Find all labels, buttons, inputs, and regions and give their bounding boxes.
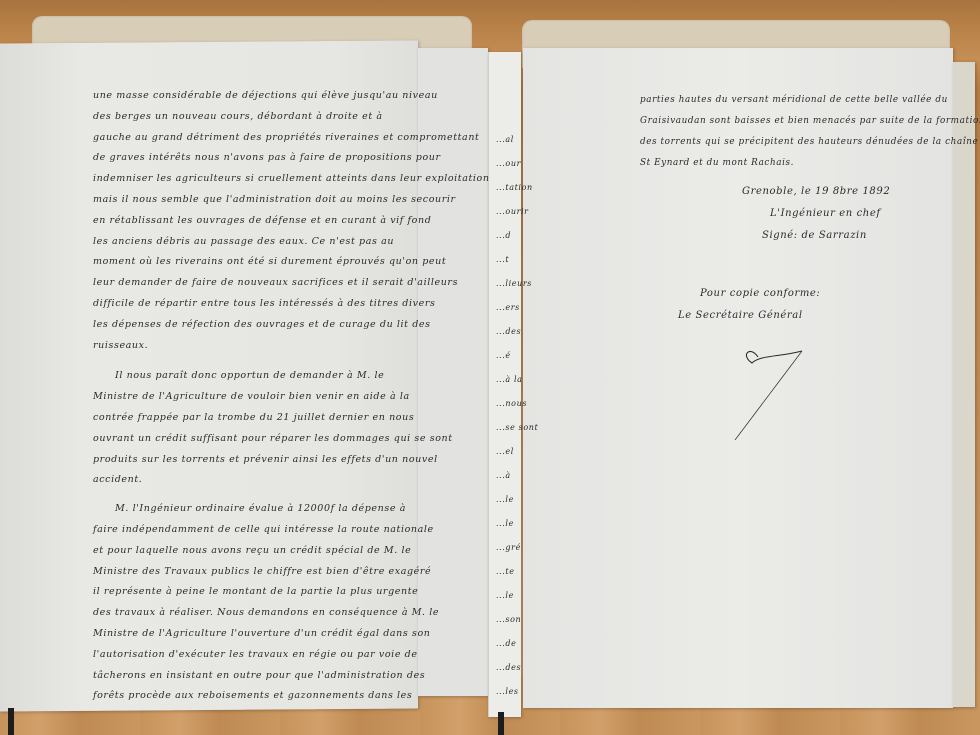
handwritten-line: ...te [496, 567, 515, 576]
handwritten-line: ruisseaux. [93, 340, 148, 351]
handwritten-line: Ministre de l'Agriculture de vouloir bie… [93, 391, 410, 402]
handwritten-line: une masse considérable de déjections qui… [93, 90, 438, 101]
handwritten-line: Il nous paraît donc opportun de demander… [115, 370, 384, 381]
signature-flourish-icon [730, 345, 830, 445]
certification-note: Pour copie conforme: [700, 288, 820, 299]
handwritten-line: contrée frappée par la trombe du 21 juil… [93, 412, 414, 423]
handwritten-line: en rétablissant les ouvrages de défense … [93, 215, 431, 226]
handwritten-line: des torrents qui se précipitent des haut… [640, 137, 980, 147]
handwritten-line: ...d [496, 231, 511, 240]
binding-strap-left [8, 708, 14, 735]
right-page-stack-edge [953, 62, 975, 707]
handwritten-line: des berges un nouveau cours, débordant à… [93, 111, 383, 122]
handwritten-line: leur demander de faire de nouveaux sacri… [93, 277, 458, 288]
handwritten-line: ...t [496, 255, 509, 264]
handwritten-line: indemniser les agriculteurs si cruelleme… [93, 173, 490, 184]
handwritten-line: parties hautes du versant méridional de … [640, 95, 948, 105]
handwritten-line: ...de [496, 639, 516, 648]
handwritten-line: des travaux à réaliser. Nous demandons e… [93, 607, 439, 618]
handwritten-line: produits sur les torrents et prévenir ai… [93, 454, 438, 465]
handwritten-line: ...é [496, 351, 511, 360]
handwritten-line: forêts procède aux reboisements et gazon… [93, 690, 412, 701]
handwritten-line: Graisivaudan sont baisses et bien menacé… [640, 116, 980, 126]
place-date: Grenoble, le 19 8bre 1892 [742, 186, 890, 197]
handwritten-line: ...les [496, 687, 519, 696]
handwritten-line: ...al [496, 135, 514, 144]
handwritten-line: ...ourir [496, 207, 529, 216]
handwritten-line: ...à [496, 471, 511, 480]
handwritten-line: de graves intérêts nous n'avons pas à fa… [93, 152, 441, 163]
handwritten-line: M. l'Ingénieur ordinaire évalue à 12000f… [115, 503, 406, 514]
handwritten-line: ...son [496, 615, 521, 624]
handwritten-line: ...se sont [496, 423, 538, 432]
handwritten-line: gauche au grand détriment des propriétés… [93, 132, 479, 143]
middle-page-blank [418, 48, 488, 696]
handwritten-line: ...des [496, 663, 521, 672]
handwritten-line: difficile de répartir entre tous les int… [93, 298, 435, 309]
handwritten-line: ...el [496, 447, 514, 456]
handwritten-line: ...gré [496, 543, 521, 552]
handwritten-line: il représente à peine le montant de la p… [93, 586, 418, 597]
handwritten-line: ouvrant un crédit suffisant pour réparer… [93, 433, 453, 444]
handwritten-line: Ministre de l'Agriculture l'ouverture d'… [93, 628, 431, 639]
handwritten-line: ...our [496, 159, 521, 168]
handwritten-line: ...le [496, 495, 514, 504]
handwritten-line: et pour laquelle nous avons reçu un créd… [93, 545, 411, 556]
handwritten-line: ...ers [496, 303, 520, 312]
handwritten-line: ...à la [496, 375, 522, 384]
handwritten-line: St Eynard et du mont Rachais. [640, 158, 794, 168]
handwritten-line: l'autorisation d'exécuter les travaux en… [93, 649, 418, 660]
handwritten-line: les dépenses de réfection des ouvrages e… [93, 319, 431, 330]
handwritten-line: ...tation [496, 183, 533, 192]
handwritten-line: faire indépendamment de celle qui intére… [93, 524, 434, 535]
handwritten-line: moment où les riverains ont été si durem… [93, 256, 446, 267]
handwritten-line: ...des [496, 327, 521, 336]
handwritten-line: les anciens débris au passage des eaux. … [93, 236, 394, 247]
handwritten-line: ...nous [496, 399, 527, 408]
handwritten-line: tâcherons en insistant en outre pour que… [93, 670, 425, 681]
handwritten-line: Ministre des Travaux publics le chiffre … [93, 566, 431, 577]
certifier-title: Le Secrétaire Général [678, 310, 803, 321]
handwritten-line: ...le [496, 519, 514, 528]
handwritten-line: ...le [496, 591, 514, 600]
handwritten-line: accident. [93, 474, 142, 485]
binding-strap-middle [498, 712, 504, 735]
handwritten-line: mais il nous semble que l'administration… [93, 194, 456, 205]
handwritten-line: ...lieurs [496, 279, 532, 288]
signatory-title: L'Ingénieur en chef [770, 208, 881, 219]
signatory-name: Signé: de Sarrazin [762, 230, 867, 241]
